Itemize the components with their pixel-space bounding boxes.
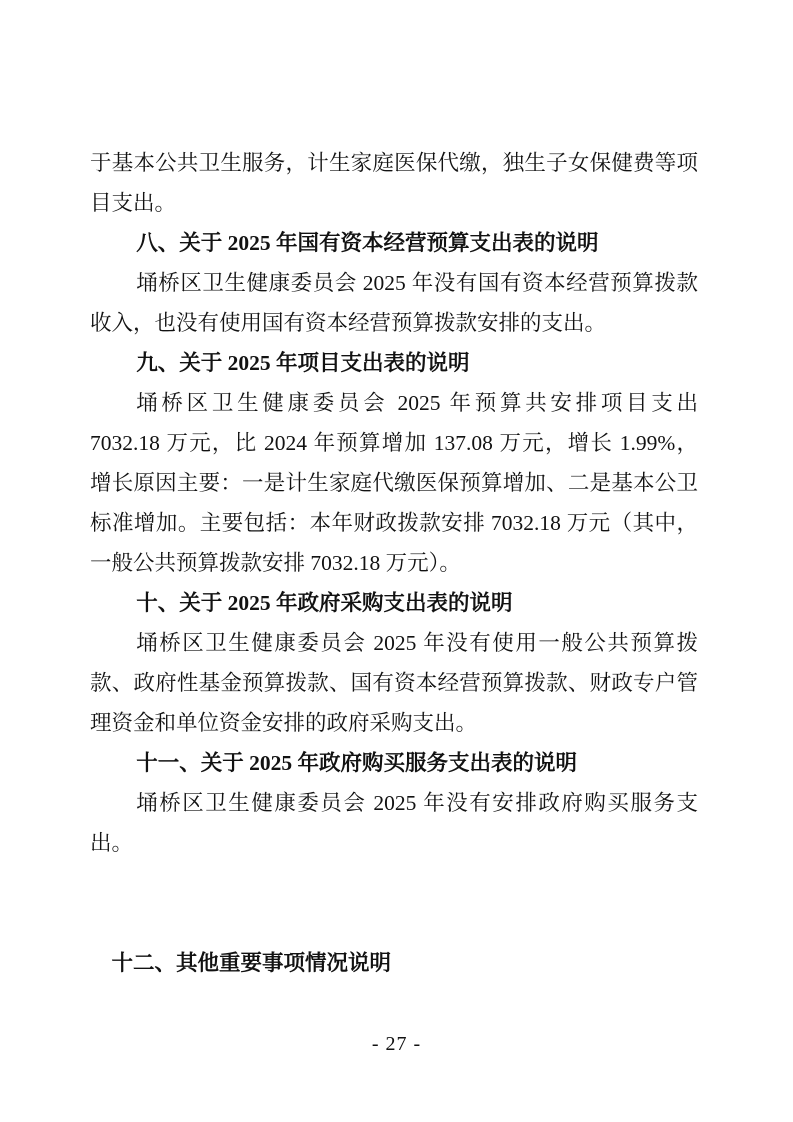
text-line: 出。 (90, 823, 698, 863)
page-number: - 27 - (0, 1031, 793, 1057)
document-page: 于基本公共卫生服务，计生家庭医保代缴，独生子女保健费等项目支出。八、关于 202… (0, 0, 793, 1122)
text-line: 目支出。 (90, 183, 698, 223)
text-line: 埇桥区卫生健康委员会 2025 年没有安排政府购买服务支 (90, 783, 698, 823)
text-line: 埇桥区卫生健康委员会 2025 年没有国有资本经营预算拨款 (90, 263, 698, 303)
text-line: 7032.18 万元，比 2024 年预算增加 137.08 万元，增长 1.9… (90, 423, 698, 463)
text-line: 埇桥区卫生健康委员会 2025 年预算共安排项目支出 (90, 383, 698, 423)
section-heading: 八、关于 2025 年国有资本经营预算支出表的说明 (90, 223, 698, 263)
text-line: 理资金和单位资金安排的政府采购支出。 (90, 703, 698, 743)
section-heading: 十二、其他重要事项情况说明 (90, 943, 698, 983)
text-line: 于基本公共卫生服务，计生家庭医保代缴，独生子女保健费等项 (90, 143, 698, 183)
section-heading: 十、关于 2025 年政府采购支出表的说明 (90, 583, 698, 623)
text-line: 埇桥区卫生健康委员会 2025 年没有使用一般公共预算拨 (90, 623, 698, 663)
text-line: 标准增加。主要包括：本年财政拨款安排 7032.18 万元（其中， (90, 503, 698, 543)
section-heading: 十一、关于 2025 年政府购买服务支出表的说明 (90, 743, 698, 783)
section-heading: 九、关于 2025 年项目支出表的说明 (90, 343, 698, 383)
text-line: 收入，也没有使用国有资本经营预算拨款安排的支出。 (90, 303, 698, 343)
text-line: 款、政府性基金预算拨款、国有资本经营预算拨款、财政专户管 (90, 663, 698, 703)
text-line: 增长原因主要：一是计生家庭代缴医保预算增加、二是基本公卫 (90, 463, 698, 503)
document-content: 于基本公共卫生服务，计生家庭医保代缴，独生子女保健费等项目支出。八、关于 202… (90, 143, 698, 983)
text-line: 一般公共预算拨款安排 7032.18 万元）。 (90, 543, 698, 583)
